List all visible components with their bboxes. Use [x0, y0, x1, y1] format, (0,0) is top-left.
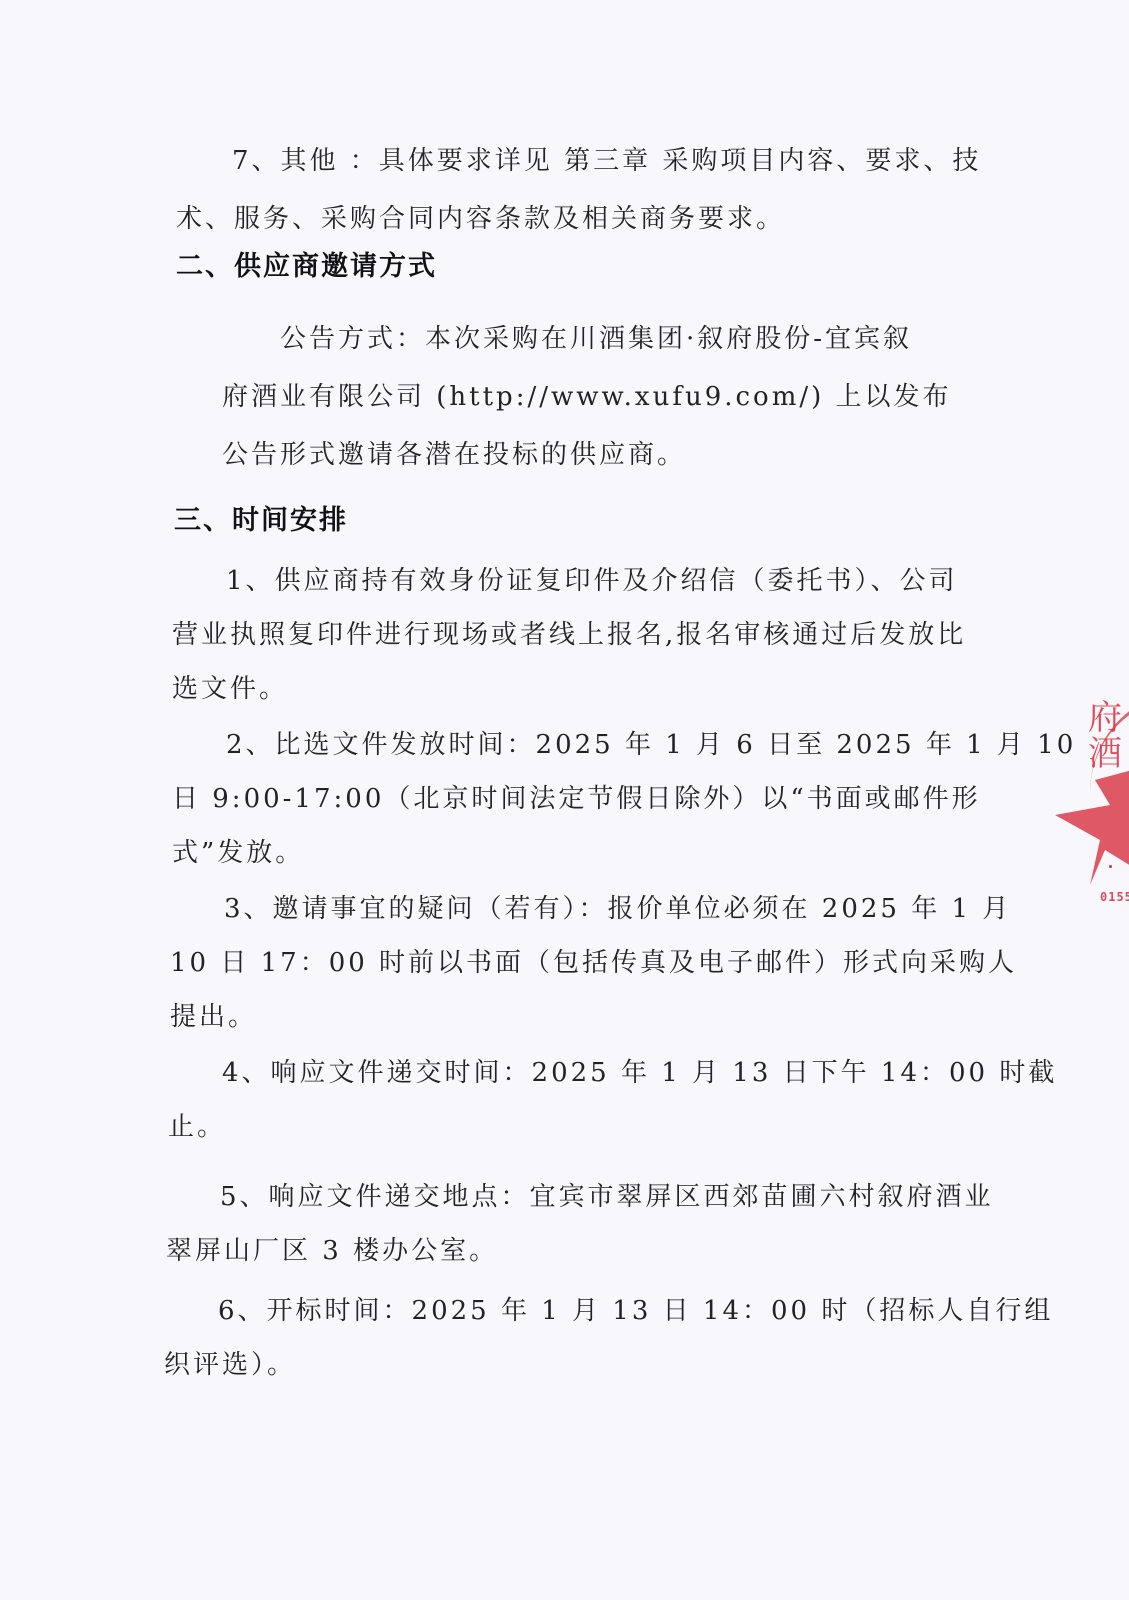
section-2-heading: 二、供应商邀请方式	[176, 252, 437, 282]
item-2-line-3: 式”发放。	[172, 838, 304, 868]
item-2-line-1: 2、比选文件发放时间：2025 年 1 月 6 日至 2025 年 1 月 10	[226, 730, 1076, 760]
item-3-line-3: 提出。	[170, 1002, 257, 1032]
seal-star-icon	[1050, 690, 1129, 920]
section-2-line-1: 公告方式：本次采购在川酒集团·叙府股份-宜宾叙	[280, 324, 912, 354]
section-3-heading: 三、时间安排	[174, 506, 348, 536]
item-1-line-2: 营业执照复印件进行现场或者线上报名,报名审核通过后发放比	[172, 620, 966, 650]
item-4-line-2: 止。	[168, 1112, 226, 1142]
seal-dot	[1109, 865, 1112, 868]
section-2-line-3: 公告形式邀请各潜在投标的供应商。	[222, 440, 686, 470]
item-5-line-1: 5、响应文件递交地点：宜宾市翠屏区西郊苗圃六村叙府酒业	[220, 1182, 994, 1212]
item-1-line-1: 1、供应商持有效身份证复印件及介绍信（委托书）、公司	[226, 566, 958, 596]
document-page: 7、其他 ：具体要求详见 第三章 采购项目内容、要求、技 术、服务、采购合同内容…	[0, 0, 1129, 1600]
section-2-line-2: 府酒业有限公司 (http://www.xufu9.com/) 上以发布	[222, 382, 952, 412]
item-3-line-2: 10 日 17：00 时前以书面（包括传真及电子邮件）形式向采购人	[170, 948, 1017, 978]
item-5-line-2: 翠屏山厂区 3 楼办公室。	[166, 1236, 498, 1266]
item-7-line-1: 7、其他 ：具体要求详见 第三章 采购项目内容、要求、技	[232, 146, 981, 176]
item-1-line-3: 选文件。	[172, 674, 288, 704]
seal-number: 01554	[1100, 890, 1129, 904]
company-seal: 府酒 01554	[1050, 690, 1129, 920]
item-3-line-1: 3、邀请事宜的疑问（若有）：报价单位必须在 2025 年 1 月	[224, 894, 1011, 924]
item-4-line-1: 4、响应文件递交时间：2025 年 1 月 13 日下午 14：00 时截	[222, 1058, 1057, 1088]
item-6-line-2: 织评选）。	[164, 1350, 296, 1380]
item-7-line-2: 术、服务、采购合同内容条款及相关商务要求。	[176, 204, 785, 234]
item-6-line-1: 6、开标时间：2025 年 1 月 13 日 14：00 时（招标人自行组	[218, 1296, 1053, 1326]
item-2-line-2: 日 9:00-17:00（北京时间法定节假日除外）以“书面或邮件形	[172, 784, 981, 814]
